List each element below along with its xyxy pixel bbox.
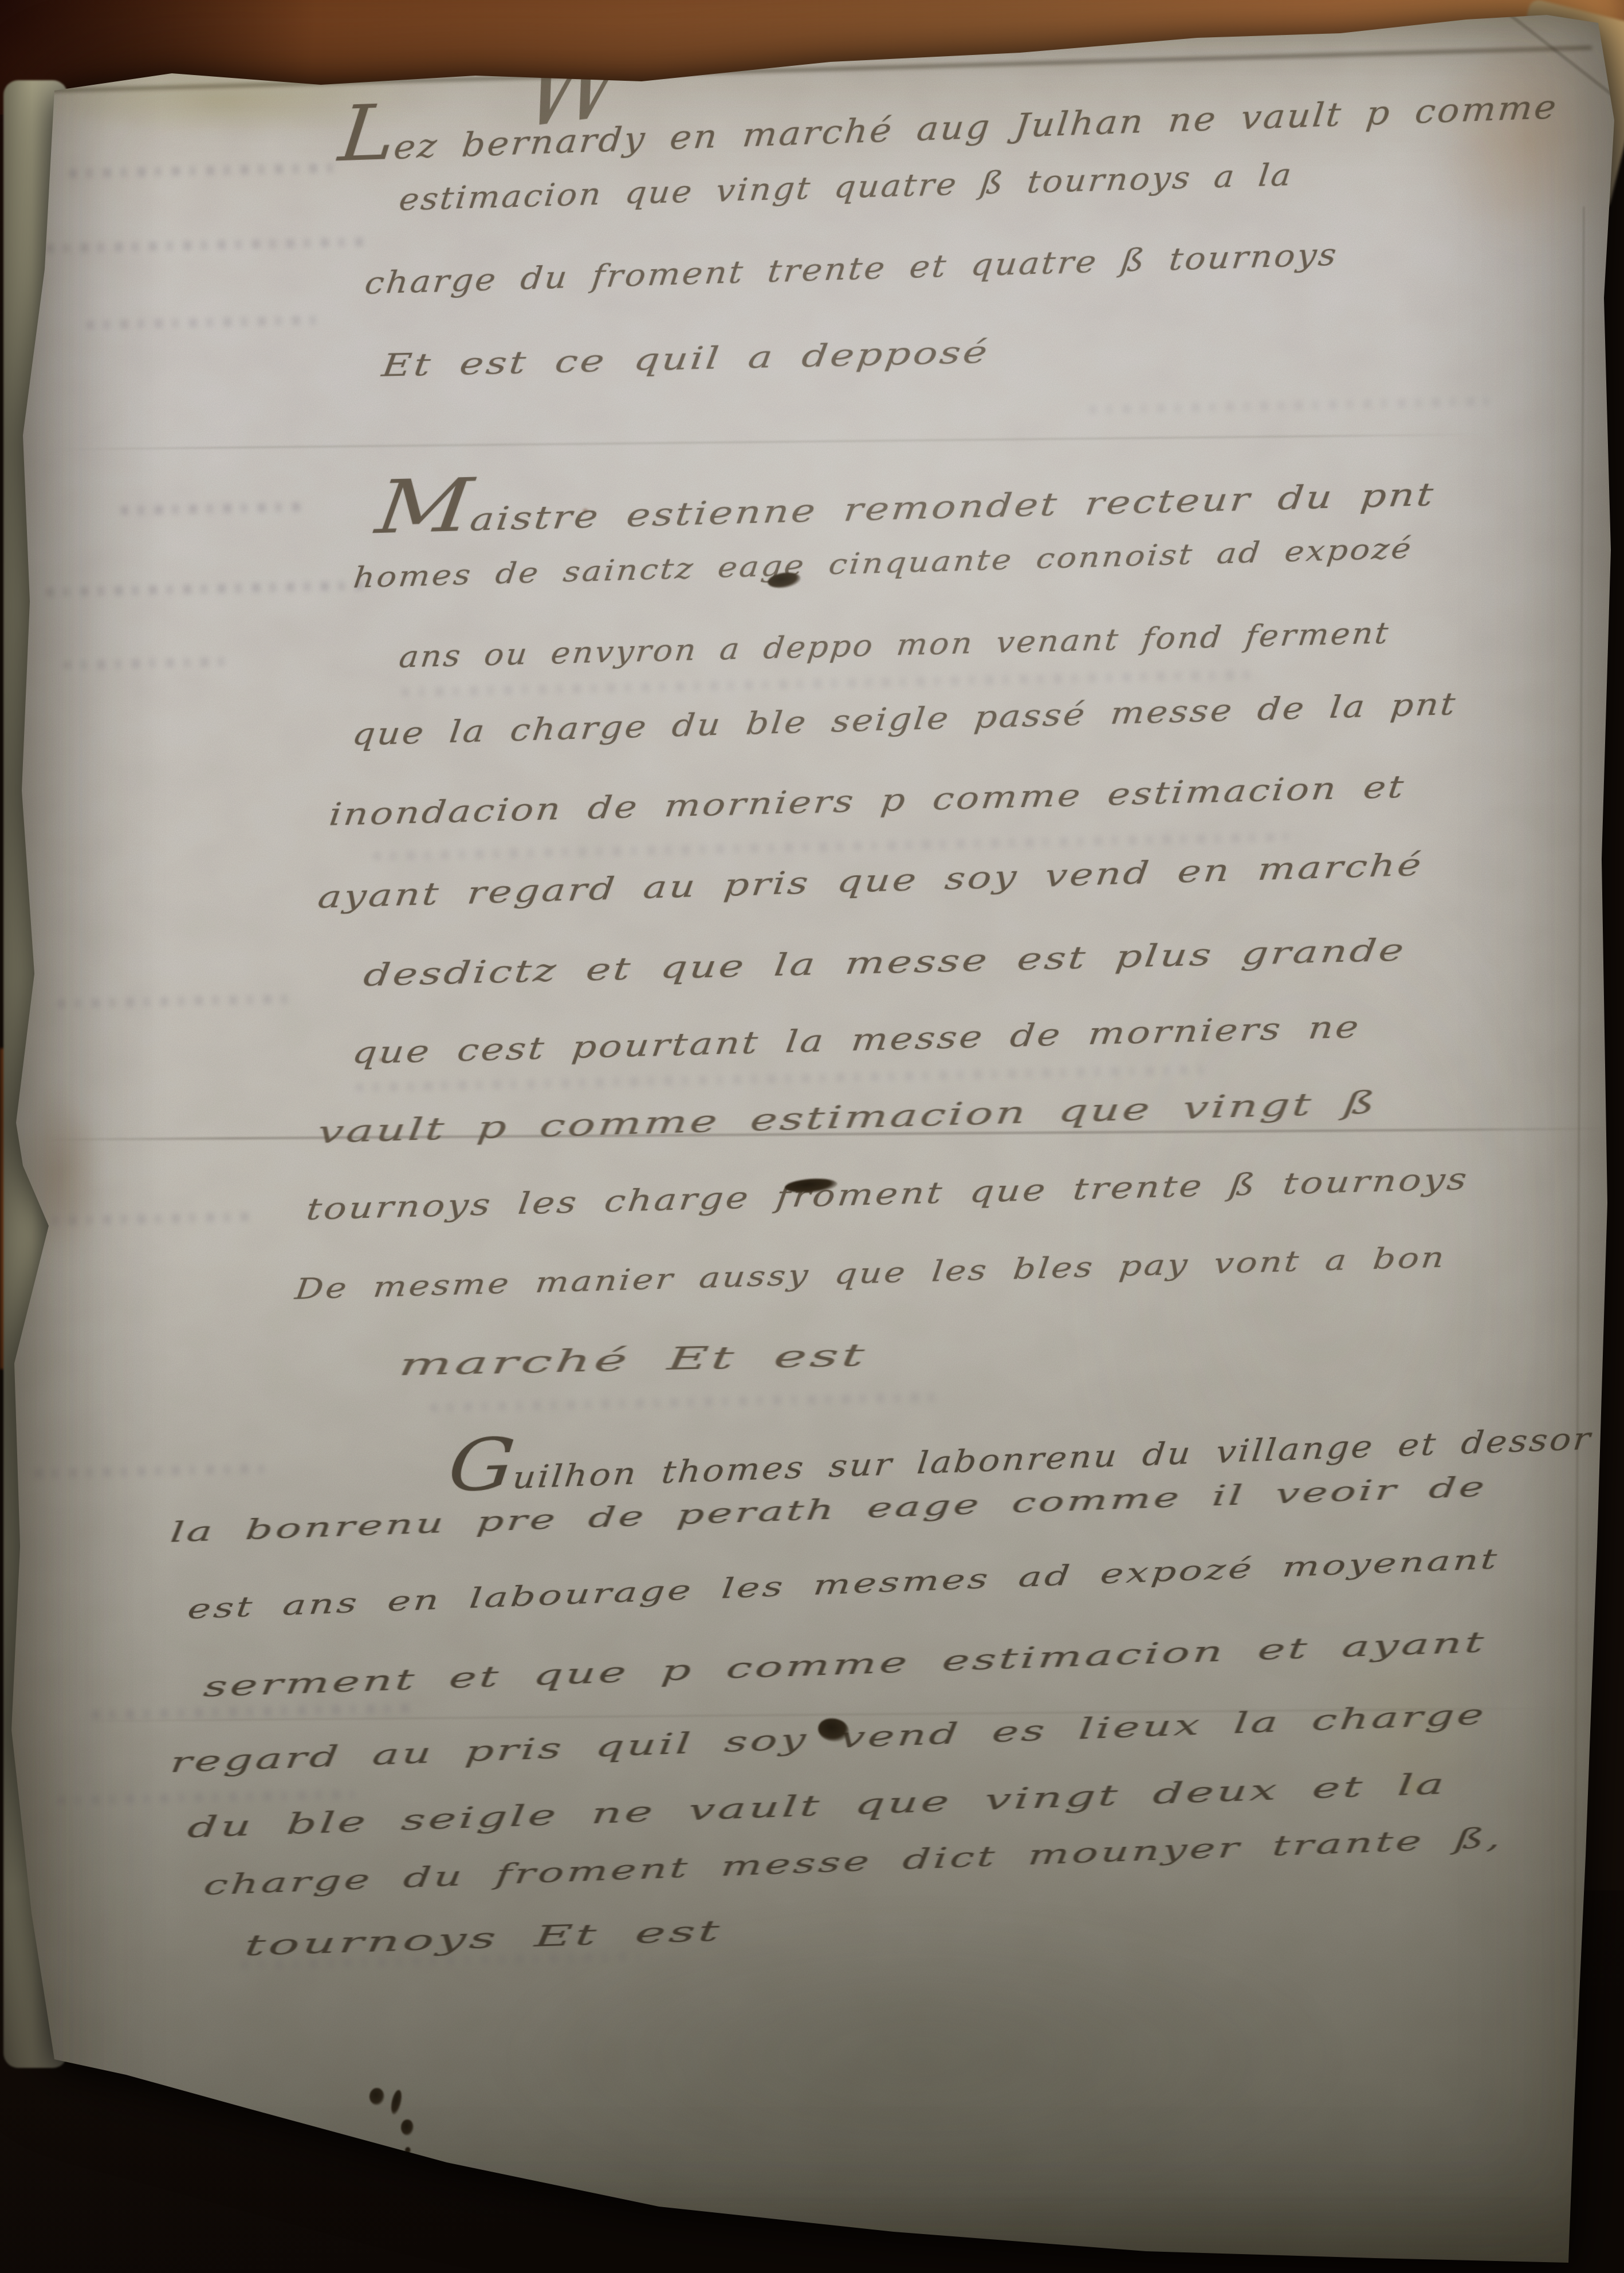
manuscript-line: tournoys les charge froment que trente ß… — [305, 1165, 1470, 1225]
paper-stain — [17, 1083, 103, 1266]
ghost-bleedthrough — [34, 1212, 252, 1226]
fold-crease — [1574, 206, 1585, 2039]
manuscript-line: ans ou envyron a deppo mon venant fond f… — [398, 619, 1391, 673]
ghost-bleedthrough — [86, 316, 327, 330]
manuscript-line: Et est ce quil a depposé — [380, 337, 992, 382]
manuscript-line: De mesme manier aussy que les bles pay v… — [293, 1243, 1448, 1304]
ghost-bleedthrough — [46, 237, 367, 253]
ink-blot — [369, 2088, 384, 2105]
manuscript-line: inondacion de morniers p comme estimacio… — [328, 772, 1407, 831]
manuscript-line: desdictz et que la messe est plus grande — [362, 935, 1408, 992]
ghost-bleedthrough — [46, 581, 367, 597]
ghost-bleedthrough — [63, 657, 235, 670]
manuscript-line: est ans en labourage les mesmes ad expoz… — [186, 1546, 1500, 1623]
manuscript-line: charge du froment trente et quatre ß tou… — [363, 239, 1340, 300]
manuscript-line: estimacion que vingt quatre ß tournoys a… — [398, 159, 1295, 215]
ghost-bleedthrough — [57, 1790, 355, 1806]
manuscript-line: Lez bernardy en marché aug Julhan ne vau… — [336, 54, 1563, 173]
manuscript-line: marché Et est — [398, 1340, 870, 1381]
ghost-bleedthrough — [34, 1464, 275, 1478]
ghost-bleedthrough — [92, 1704, 412, 1720]
ghost-bleedthrough — [430, 1393, 945, 1413]
manuscript-line: tournoys Et est — [243, 1917, 724, 1960]
ink-blot — [401, 2119, 414, 2136]
manuscript-line: vault p comme estimacion que vingt ß — [316, 1087, 1379, 1148]
ghost-bleedthrough — [69, 163, 338, 178]
ghost-bleedthrough — [1088, 397, 1489, 415]
ghost-bleedthrough — [355, 1065, 1214, 1092]
paper-stain — [487, 1908, 1346, 2205]
manuscript-line: serment et que p comme estimacion et aya… — [202, 1628, 1488, 1701]
manuscript-line: que cest pourtant la messe de morniers n… — [351, 1012, 1362, 1069]
manuscript-photo: W Lez bernardy en marché aug Julhan ne v… — [0, 0, 1624, 2273]
manuscript-line: que la charge du ble seigle passé messe … — [351, 689, 1459, 750]
ink-blot — [405, 2147, 411, 2154]
manuscript-line: homes de sainctz eage cinquante connoist… — [352, 534, 1414, 592]
ink-blot — [390, 2089, 404, 2115]
ghost-bleedthrough — [57, 994, 298, 1009]
paper-wrap: W Lez bernardy en marché aug Julhan ne v… — [0, 0, 1624, 2273]
manuscript-line: ayant regard au pris que soy vend en mar… — [316, 850, 1425, 913]
ghost-bleedthrough — [401, 670, 1260, 697]
paper-sheet: W Lez bernardy en marché aug Julhan ne v… — [0, 0, 1624, 2273]
ghost-bleedthrough — [120, 502, 309, 516]
manuscript-line: Maistre estienne remondet recteur du pnt — [372, 443, 1441, 545]
paper-stain — [1432, 17, 1624, 264]
